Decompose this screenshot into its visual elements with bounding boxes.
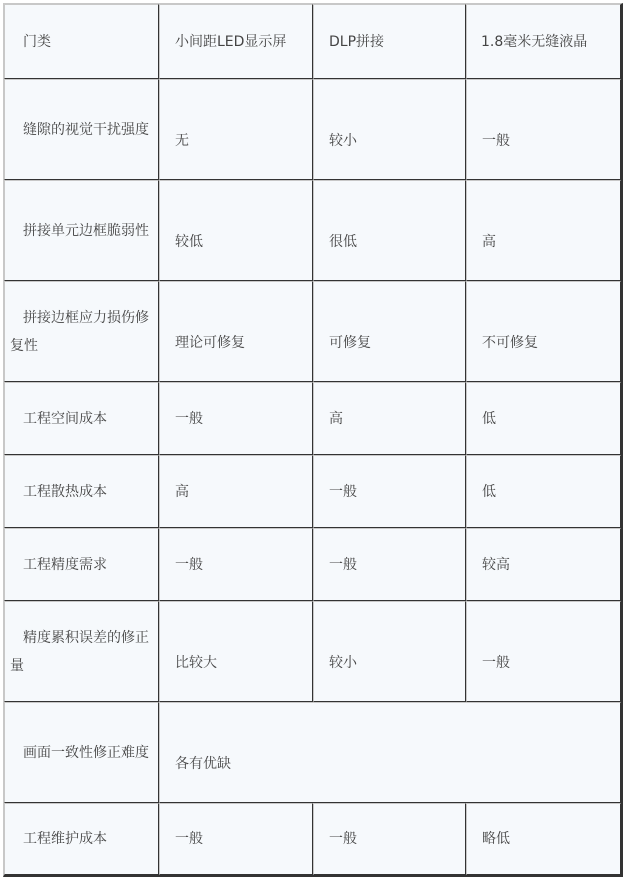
table-cell: 一般 xyxy=(159,382,313,455)
table-cell: 一般 xyxy=(466,601,621,702)
header-cell-dlp: DLP拼接 xyxy=(313,4,466,79)
table-cell: 理论可修复 xyxy=(159,281,313,382)
table-cell: 较小 xyxy=(313,79,466,180)
table-cell: 一般 xyxy=(466,79,621,180)
table-cell: 较高 xyxy=(466,528,621,601)
header-cell-category: 门类 xyxy=(4,4,159,79)
table-row: 缝隙的视觉干扰强度 无 较小 一般 xyxy=(4,79,621,180)
row-label: 缝隙的视觉干扰强度 xyxy=(4,79,159,180)
table-cell: 不可修复 xyxy=(466,281,621,382)
table-row: 画面一致性修正难度 各有优缺 xyxy=(4,702,621,803)
comparison-table: 门类 小间距LED显示屏 DLP拼接 1.8毫米无缝液晶 缝隙的视觉干扰强度 无… xyxy=(3,3,623,877)
row-label: 精度累积误差的修正量 xyxy=(4,601,159,702)
table-cell: 高 xyxy=(313,382,466,455)
header-cell-led: 小间距LED显示屏 xyxy=(159,4,313,79)
table-row: 工程精度需求 一般 一般 较高 xyxy=(4,528,621,601)
row-label: 画面一致性修正难度 xyxy=(4,702,159,803)
table-row: 精度累积误差的修正量 比较大 较小 一般 xyxy=(4,601,621,702)
table-cell: 高 xyxy=(159,455,313,528)
table-cell: 可修复 xyxy=(313,281,466,382)
table-row: 拼接边框应力损伤修复性 理论可修复 可修复 不可修复 xyxy=(4,281,621,382)
row-label: 工程精度需求 xyxy=(4,528,159,601)
table-cell: 低 xyxy=(466,382,621,455)
row-label: 工程维护成本 xyxy=(4,803,159,875)
table-cell: 比较大 xyxy=(159,601,313,702)
table-row: 工程空间成本 一般 高 低 xyxy=(4,382,621,455)
header-cell-lcd: 1.8毫米无缝液晶 xyxy=(466,4,621,79)
table-cell: 略低 xyxy=(466,803,621,875)
table-cell: 高 xyxy=(466,180,621,281)
row-label: 拼接边框应力损伤修复性 xyxy=(4,281,159,382)
header-row: 门类 小间距LED显示屏 DLP拼接 1.8毫米无缝液晶 xyxy=(4,4,621,79)
table-row: 工程维护成本 一般 一般 略低 xyxy=(4,803,621,875)
row-label: 工程空间成本 xyxy=(4,382,159,455)
row-label: 工程散热成本 xyxy=(4,455,159,528)
merged-cell: 各有优缺 xyxy=(159,702,621,803)
table-cell: 一般 xyxy=(159,803,313,875)
table-cell: 很低 xyxy=(313,180,466,281)
table-cell: 一般 xyxy=(313,803,466,875)
row-label: 拼接单元边框脆弱性 xyxy=(4,180,159,281)
table-cell: 较小 xyxy=(313,601,466,702)
table-cell: 无 xyxy=(159,79,313,180)
table-cell: 较低 xyxy=(159,180,313,281)
table-cell: 低 xyxy=(466,455,621,528)
table-cell: 一般 xyxy=(313,455,466,528)
table-row: 拼接单元边框脆弱性 较低 很低 高 xyxy=(4,180,621,281)
table-row: 工程散热成本 高 一般 低 xyxy=(4,455,621,528)
table-cell: 一般 xyxy=(159,528,313,601)
table-cell: 一般 xyxy=(313,528,466,601)
